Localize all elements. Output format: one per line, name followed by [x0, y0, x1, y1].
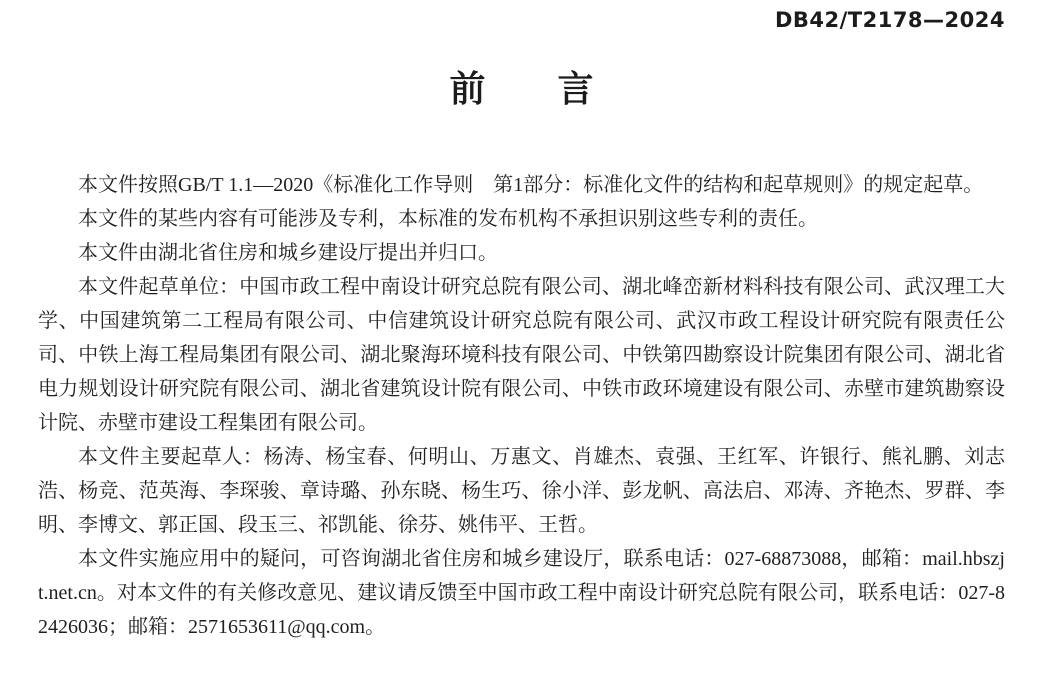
paragraph-main-drafters: 本文件主要起草人：杨涛、杨宝春、何明山、万惠文、肖雄杰、袁强、王红军、许银行、熊…	[38, 440, 1005, 542]
paragraph-proposing-authority: 本文件由湖北省住房和城乡建设厅提出并归口。	[38, 236, 1005, 270]
page-title: 前 言	[38, 68, 1005, 112]
paragraph-patent-notice: 本文件的某些内容有可能涉及专利，本标准的发布机构不承担识别这些专利的责任。	[38, 202, 1005, 236]
paragraph-contact-info: 本文件实施应用中的疑问，可咨询湖北省住房和城乡建设厅，联系电话：027-6887…	[38, 542, 1005, 644]
paragraph-drafting-organizations: 本文件起草单位：中国市政工程中南设计研究总院有限公司、湖北峰峦新材料科技有限公司…	[38, 270, 1005, 440]
paragraph-drafting-basis: 本文件按照GB/T 1.1—2020《标准化工作导则 第1部分：标准化文件的结构…	[38, 168, 1005, 202]
foreword-body: 本文件按照GB/T 1.1—2020《标准化工作导则 第1部分：标准化文件的结构…	[38, 168, 1005, 644]
page-header: DB42/T2178—2024	[38, 8, 1005, 32]
standard-code: DB42/T2178—2024	[775, 8, 1005, 32]
document-page: DB42/T2178—2024 前 言 本文件按照GB/T 1.1—2020《标…	[0, 0, 1043, 692]
